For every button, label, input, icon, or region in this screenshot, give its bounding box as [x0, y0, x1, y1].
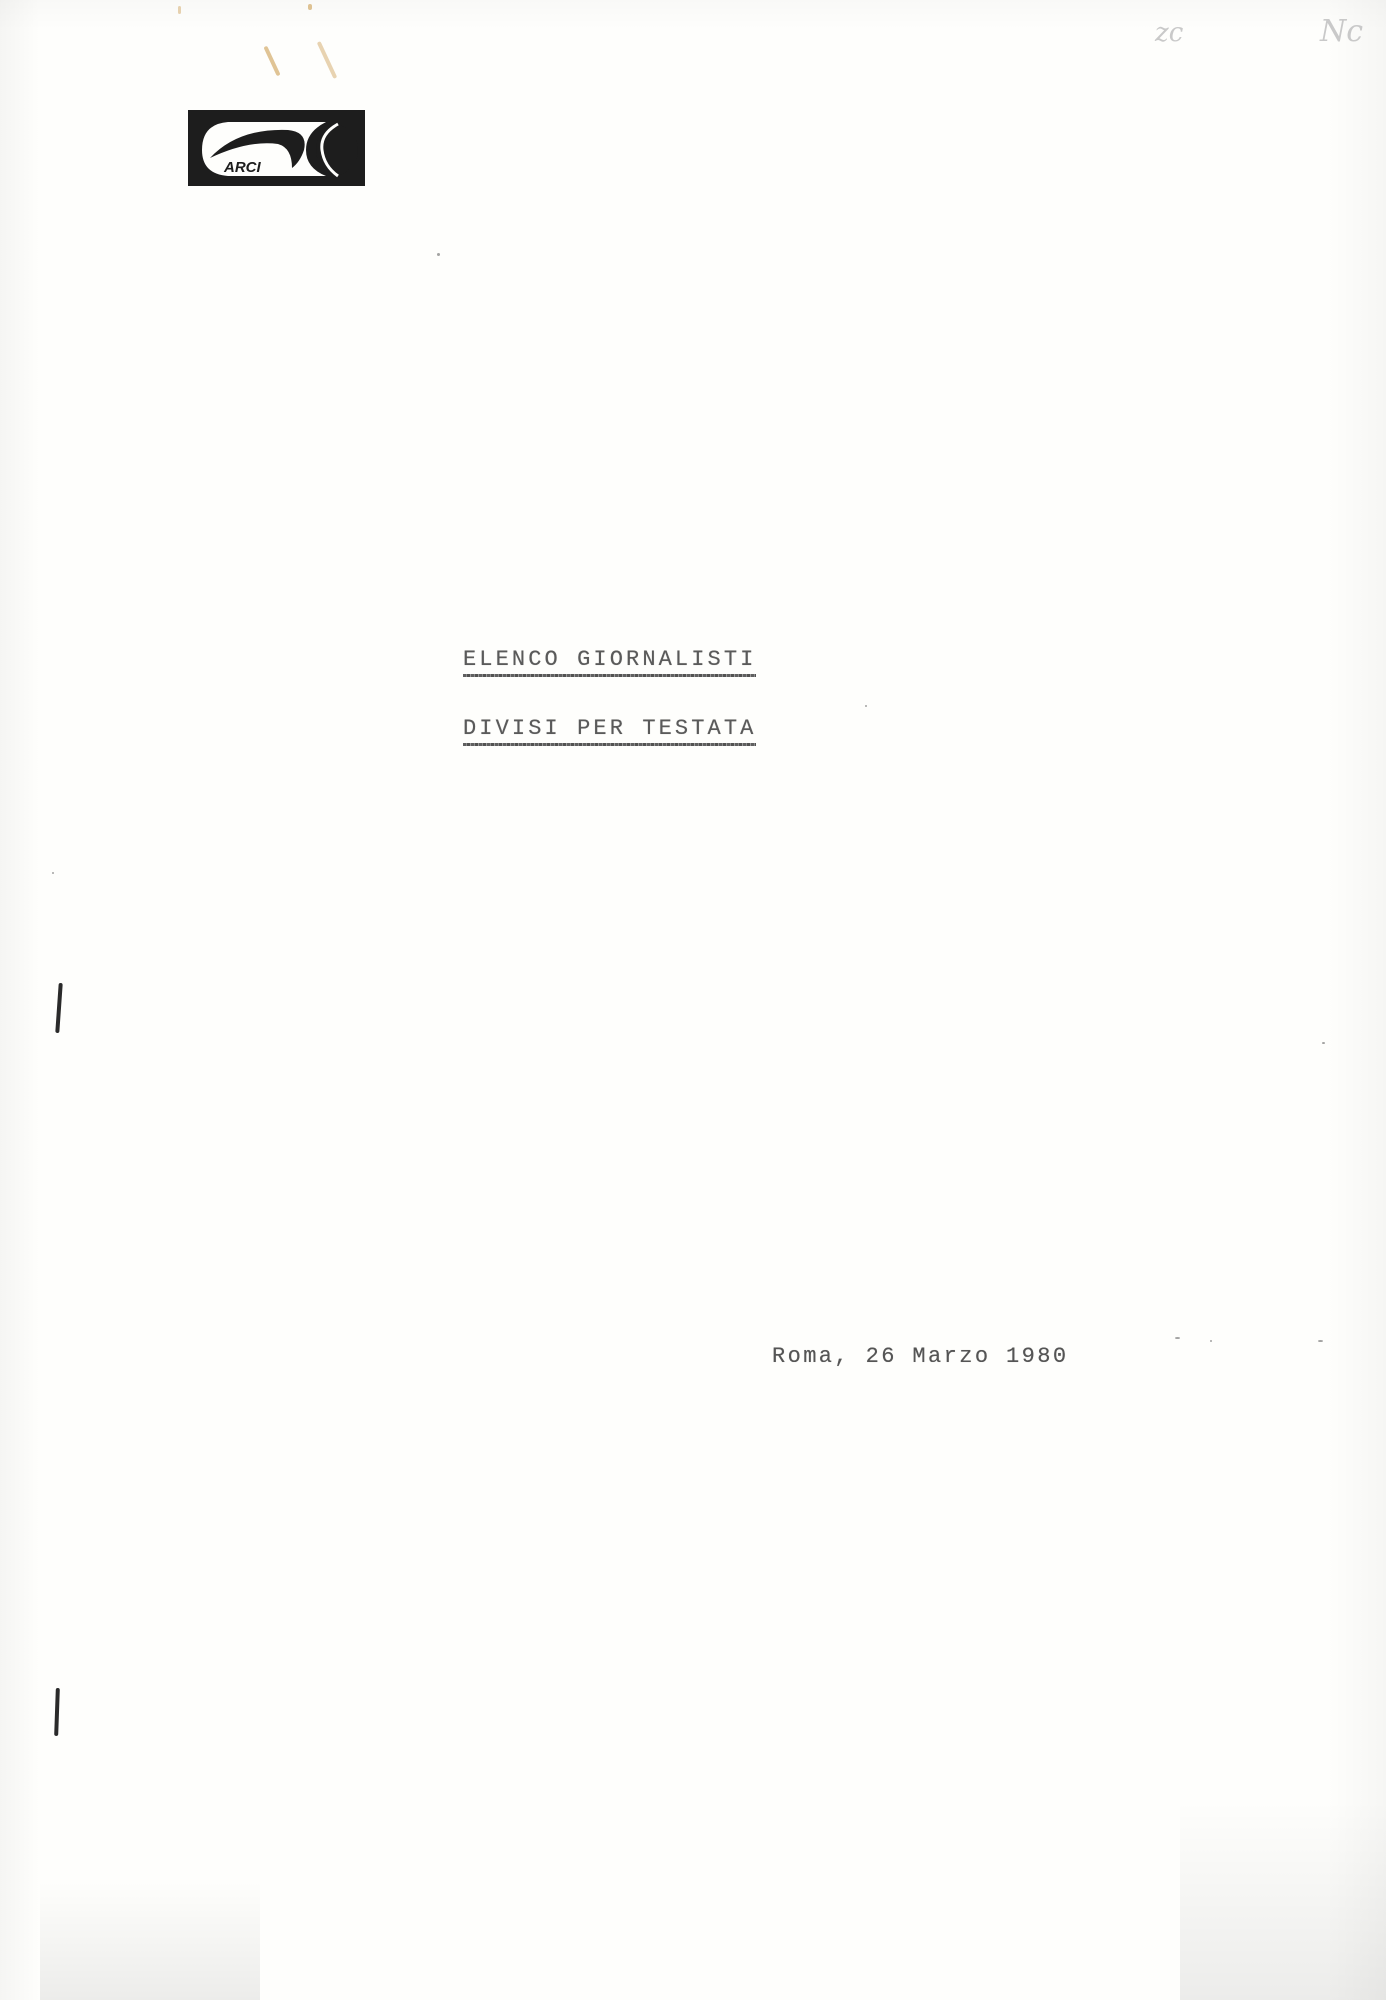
binding-mark — [55, 983, 62, 1033]
logo-text: ARCI — [223, 159, 261, 176]
speck — [437, 253, 440, 256]
speck — [52, 872, 54, 874]
speck — [1322, 1042, 1325, 1044]
speck — [1175, 1337, 1180, 1339]
scan-smudge — [1180, 1800, 1386, 2000]
title-underline-1 — [463, 674, 756, 677]
rust-stain — [178, 6, 181, 14]
pencil-note: zc — [1155, 18, 1183, 48]
date-line: Roma, 26 Marzo 1980 — [772, 1344, 1068, 1369]
document-page: ARCI ELENCO GIORNALISTI DIVISI PER TESTA… — [0, 0, 1386, 2000]
pencil-note: Nc — [1320, 14, 1363, 49]
title-text-2: DIVISI PER TESTATA — [463, 716, 756, 741]
speck — [865, 705, 867, 707]
title-text-1: ELENCO GIORNALISTI — [463, 647, 756, 672]
scan-smudge — [40, 1880, 260, 2000]
speck — [1318, 1340, 1323, 1342]
title-underline-2 — [463, 743, 756, 746]
arci-logo-icon: ARCI — [188, 110, 365, 186]
rust-stain — [317, 41, 338, 79]
rust-stain — [263, 46, 280, 77]
title-line-1: ELENCO GIORNALISTI — [463, 647, 756, 677]
speck — [1210, 1340, 1212, 1342]
binding-mark — [54, 1688, 60, 1736]
rust-stain — [308, 4, 312, 10]
title-line-2: DIVISI PER TESTATA — [463, 716, 756, 746]
arci-logo: ARCI — [188, 110, 365, 186]
